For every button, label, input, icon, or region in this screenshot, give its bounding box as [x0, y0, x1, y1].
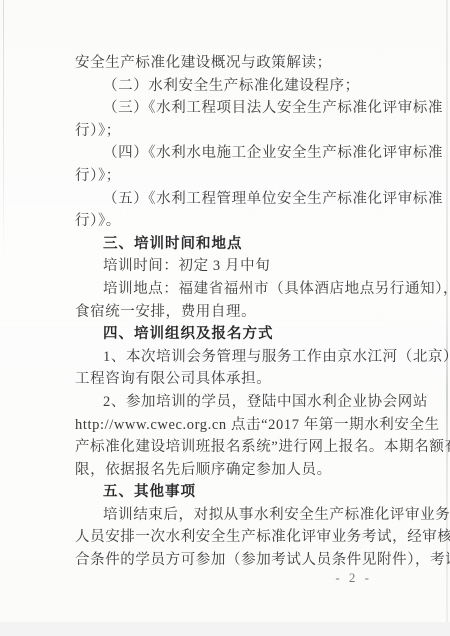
text-line: （五）《水利工程管理单位安全生产标准化评审标准（试 [75, 188, 414, 211]
text-line: （三）《水利工程项目法人安全生产标准化评审标准（试 [75, 97, 414, 120]
text-line: （四）《水利水电施工企业安全生产标准化评审标准（试 [75, 142, 414, 165]
text-line: 行）》。 [75, 210, 414, 233]
text-line: 1、本次培训会务管理与服务工作由京水江河（北京） [75, 346, 414, 369]
text-line: （二）水利安全生产标准化建设程序； [75, 75, 414, 98]
text-line: 培训时间：初定 3 月中旬 [75, 255, 414, 278]
text-line: 行）》； [75, 120, 414, 143]
text-line: 产标准化建设培训班报名系统”进行网上报名。本期名额有 [75, 436, 414, 459]
text-line: 培训结束后，对拟从事水利安全生产标准化评审业务的 [75, 504, 414, 527]
text-line: 2、参加培训的学员，登陆中国水利企业协会网站 [75, 391, 414, 414]
text-line: 安全生产标准化建设概况与政策解读； [75, 52, 414, 75]
text-line: 行）》； [75, 165, 414, 188]
text-line: 限，依据报名先后顺序确定参加人员。 [75, 459, 414, 482]
scan-bottom-edge-artifact [0, 622, 450, 636]
text-line: http://www.cwec.org.cn 点击“2017 年第一期水利安全生 [75, 414, 414, 437]
text-line: 人员安排一次水利安全生产标准化评审业务考试，经审核符 [75, 526, 414, 549]
text-line: 三、培训时间和地点 [75, 233, 414, 256]
text-line: 工程咨询有限公司具体承担。 [75, 368, 414, 391]
text-line: 食宿统一安排，费用自理。 [75, 301, 414, 324]
text-line: 五、其他事项 [75, 481, 414, 504]
document-body: 安全生产标准化建设概况与政策解读；（二）水利安全生产标准化建设程序；（三）《水利… [0, 0, 450, 572]
text-line: 四、培训组织及报名方式 [75, 323, 414, 346]
text-line: 培训地点：福建省福州市（具体酒店地点另行通知）， [75, 278, 414, 301]
scanned-page: 安全生产标准化建设概况与政策解读；（二）水利安全生产标准化建设程序；（三）《水利… [0, 0, 450, 636]
page-number: - 2 - [335, 570, 372, 586]
text-line: 合条件的学员方可参加（参加考试人员条件见附件），考试 [75, 549, 414, 572]
